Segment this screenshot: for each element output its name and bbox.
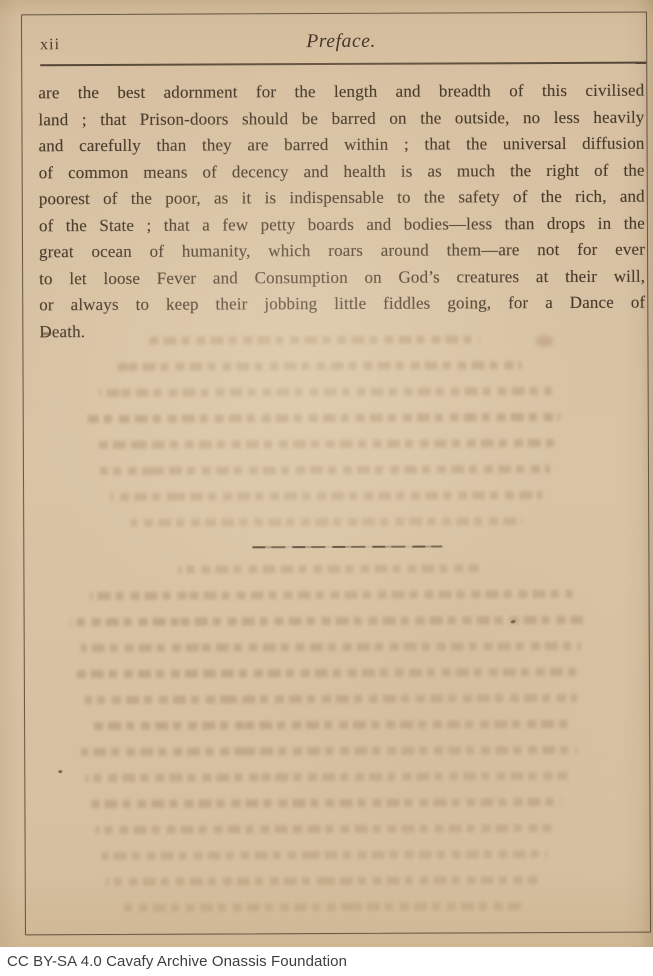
paper-stain: [535, 335, 553, 347]
body-line: and carefully than they are barred withi…: [39, 131, 645, 160]
running-head: xii Preface.: [38, 30, 644, 57]
page-content: xii Preface. are the best adornment for …: [0, 0, 653, 947]
body-line: of common means of decency and health is…: [39, 157, 645, 186]
body-line: are the best adornment for the length an…: [38, 78, 644, 107]
license-attribution-text: CC BY-SA 4.0 Cavafy Archive Onassis Foun…: [0, 953, 347, 970]
ink-speck: [42, 332, 51, 335]
attribution-bar: CC BY-SA 4.0 Cavafy Archive Onassis Foun…: [0, 947, 653, 976]
body-line: or always to keep their jobbing little f…: [39, 290, 645, 319]
body-line: poorest of the poor, as it is indispensa…: [39, 184, 645, 213]
body-line: Death.: [39, 316, 645, 345]
body-line: land ; that Prison-doors should be barre…: [38, 104, 644, 133]
body-line: great ocean of humanity, which roars aro…: [39, 237, 645, 266]
body-line: of the State ; that a few petty boards a…: [39, 210, 645, 239]
body-paragraph: are the best adornment for the length an…: [38, 78, 645, 346]
ink-speck: [58, 770, 62, 773]
bleedthrough-text-layer: [0, 0, 651, 1]
body-line: to let loose Fever and Consumption on Go…: [39, 263, 645, 292]
running-title: Preface.: [38, 30, 644, 55]
screenshot-stage: xii Preface. are the best adornment for …: [0, 0, 653, 976]
scanned-book-page: xii Preface. are the best adornment for …: [0, 0, 653, 947]
